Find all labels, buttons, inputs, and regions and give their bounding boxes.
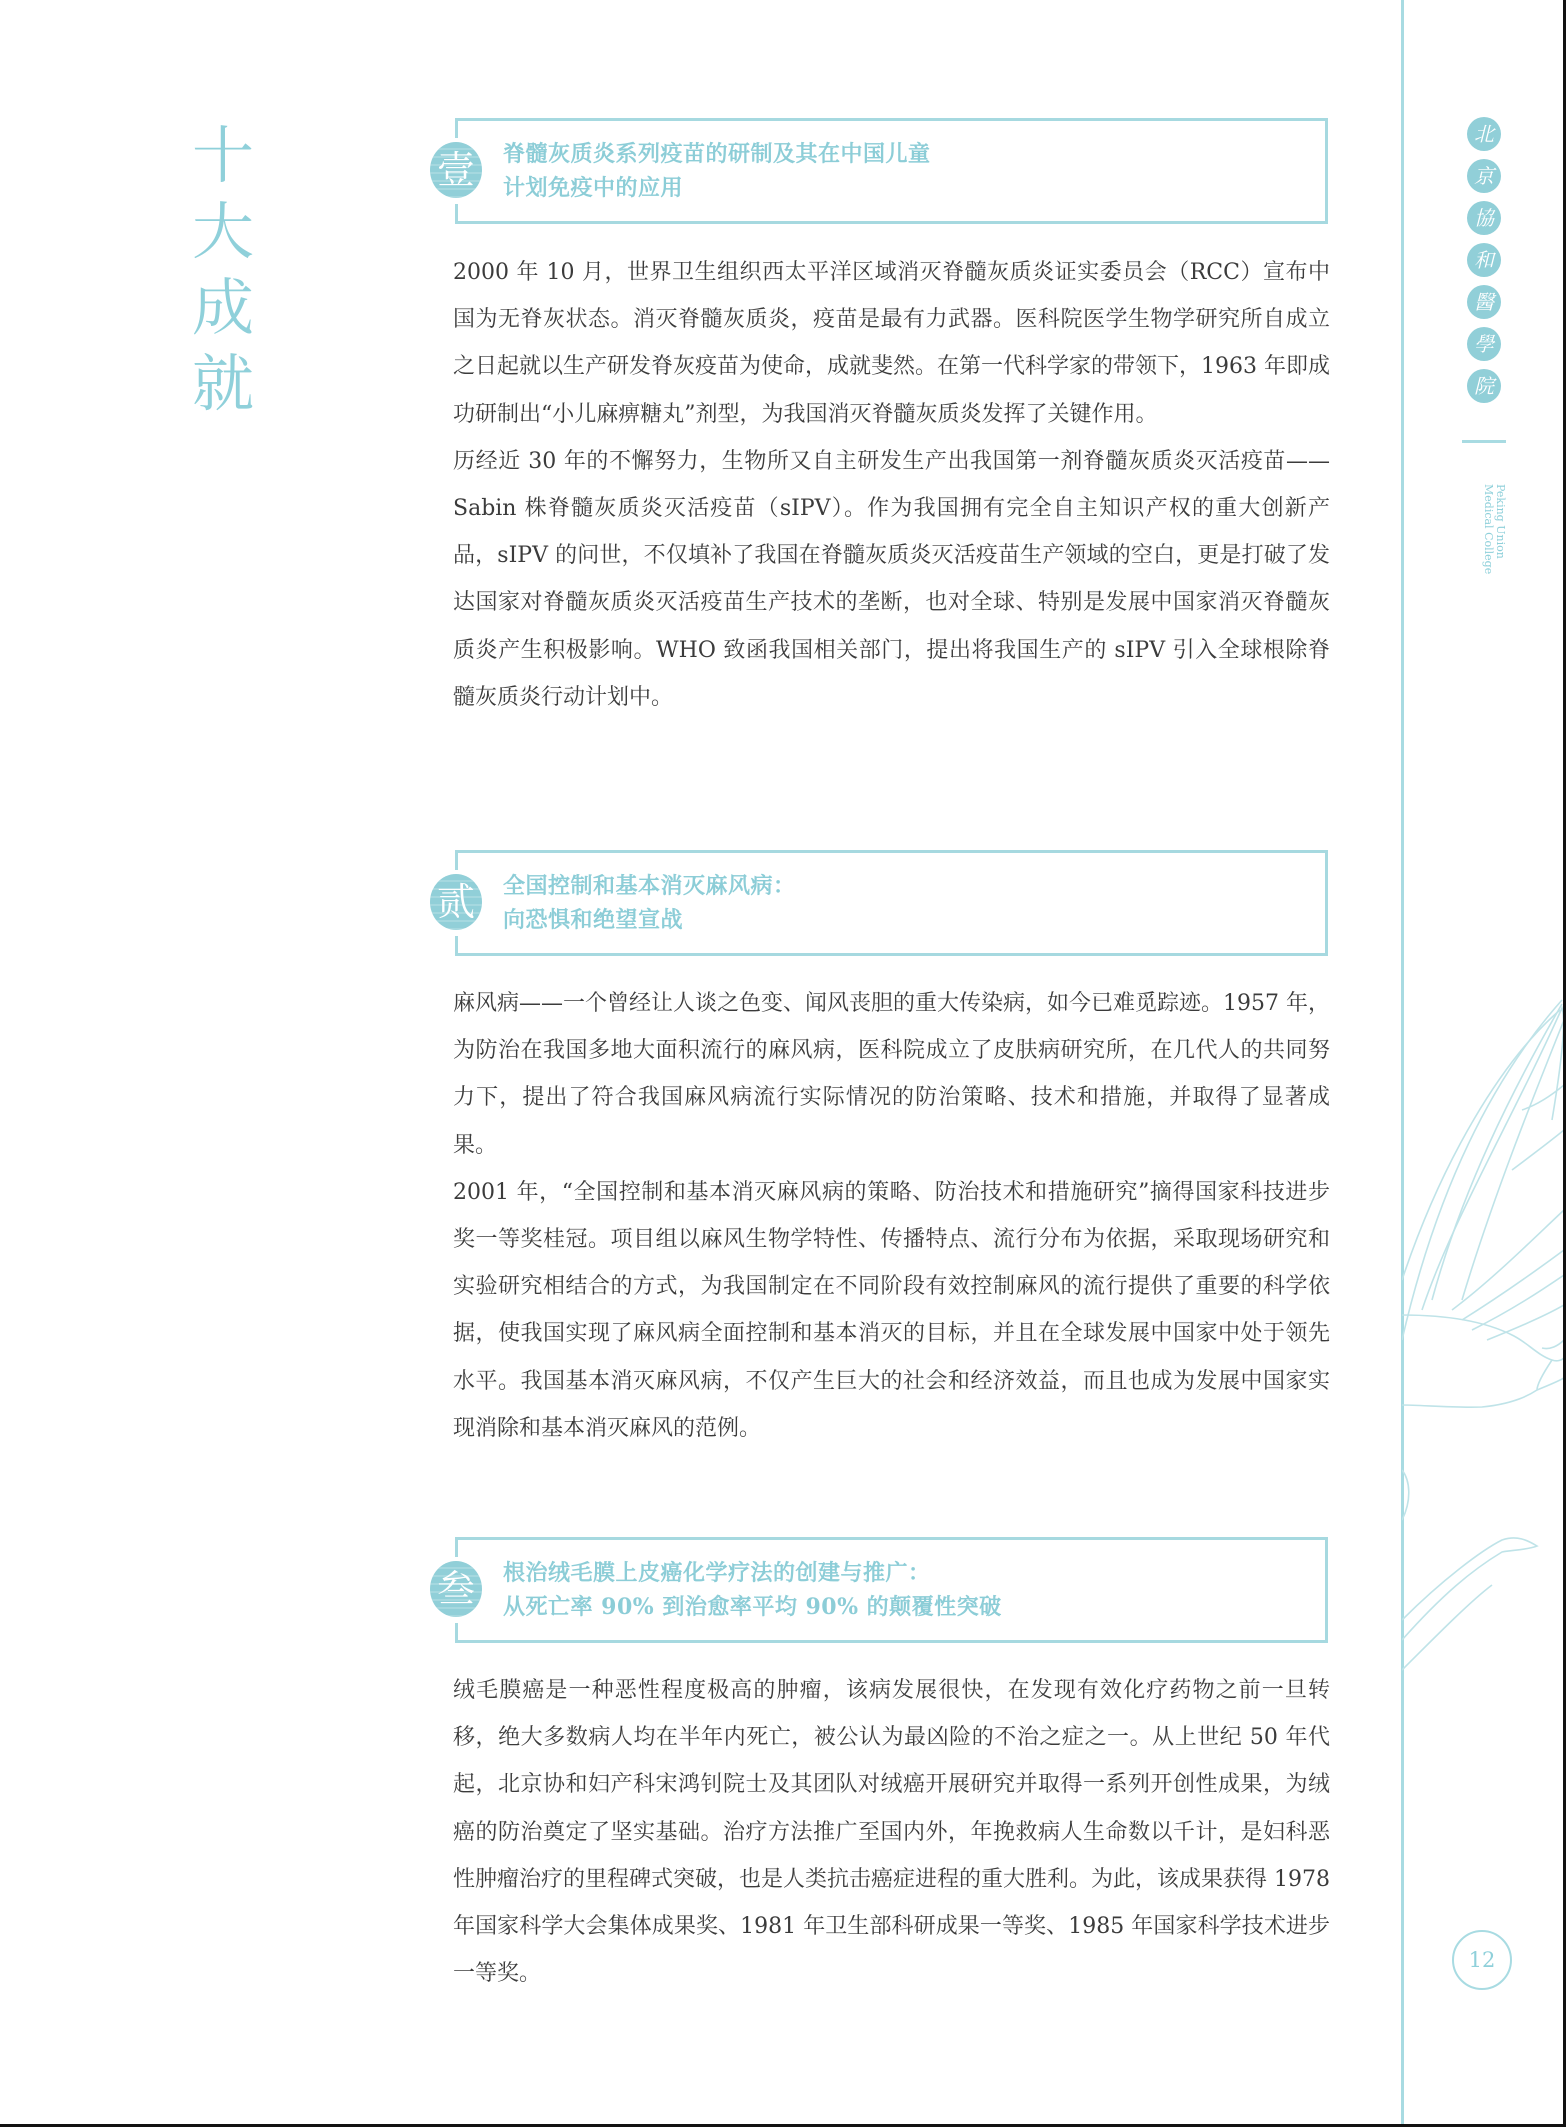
section-title: 脊髓灰质炎系列疫苗的研制及其在中国儿童 计划免疫中的应用 (503, 137, 931, 205)
section-title-line: 脊髓灰质炎系列疫苗的研制及其在中国儿童 (503, 137, 931, 171)
logo-seal-char: 協 (1467, 201, 1501, 235)
logo-seal-char: 北 (1467, 117, 1501, 151)
logo-seal-char: 和 (1467, 243, 1501, 277)
page-title-char: 成 (188, 270, 258, 346)
paragraph: 麻风病——一个曾经让人谈之色变、闻风丧胆的重大传染病，如今已难觅踪迹。1957 … (453, 980, 1330, 1169)
section-title-line: 计划免疫中的应用 (503, 171, 931, 205)
paragraph: 2001 年，“全国控制和基本消灭麻风病的策略、防治技术和措施研究”摘得国家科技… (453, 1169, 1330, 1452)
paragraph: 历经近 30 年的不懈努力，生物所又自主研发生产出我国第一剂脊髓灰质炎灭活疫苗—… (453, 438, 1330, 721)
section-title-line: 从死亡率 90% 到治愈率平均 90% 的颠覆性突破 (503, 1590, 1002, 1624)
logo-english-line: Peking Union (1494, 484, 1506, 594)
logo-seal-char: 學 (1467, 327, 1501, 361)
section-title-line: 向恐惧和绝望宣战 (503, 903, 796, 937)
section-body-1: 2000 年 10 月，世界卫生组织西太平洋区域消灭脊髓灰质炎证实委员会（RCC… (453, 249, 1330, 721)
page-title: 十 大 成 就 (188, 118, 258, 422)
section-header-2: 贰 全国控制和基本消灭麻风病： 向恐惧和绝望宣战 (455, 850, 1328, 956)
section-header-3: 叁 根治绒毛膜上皮癌化学疗法的创建与推广： 从死亡率 90% 到治愈率平均 90… (455, 1537, 1328, 1643)
section-title-line: 全国控制和基本消灭麻风病： (503, 869, 796, 903)
section-header-1: 壹 脊髓灰质炎系列疫苗的研制及其在中国儿童 计划免疫中的应用 (455, 118, 1328, 224)
section-title-line: 根治绒毛膜上皮癌化学疗法的创建与推广： (503, 1556, 1002, 1590)
logo-english-line: Medical College (1482, 484, 1494, 594)
logo-seal-char: 京 (1467, 159, 1501, 193)
section-body-3: 绒毛膜癌是一种恶性程度极高的肿瘤，该病发展很快，在发现有效化疗药物之前一旦转移，… (453, 1667, 1330, 1997)
institution-logo: 北 京 協 和 醫 學 院 (1467, 117, 1501, 411)
section-number-badge: 壹 (430, 142, 482, 198)
logo-seal-char: 院 (1467, 369, 1501, 403)
section-body-2: 麻风病——一个曾经让人谈之色变、闻风丧胆的重大传染病，如今已难觅踪迹。1957 … (453, 980, 1330, 1452)
page-title-char: 就 (188, 346, 258, 422)
logo-divider (1462, 440, 1506, 443)
section-title: 根治绒毛膜上皮癌化学疗法的创建与推广： 从死亡率 90% 到治愈率平均 90% … (503, 1556, 1002, 1624)
section-number-badge: 叁 (430, 1561, 482, 1617)
section-title: 全国控制和基本消灭麻风病： 向恐惧和绝望宣战 (503, 869, 796, 937)
paragraph: 2000 年 10 月，世界卫生组织西太平洋区域消灭脊髓灰质炎证实委员会（RCC… (453, 249, 1330, 438)
page-number: 12 (1452, 1930, 1512, 1990)
flower-outline-icon (1402, 980, 1564, 1680)
section-number-badge: 贰 (430, 874, 482, 930)
page-title-char: 大 (188, 194, 258, 270)
logo-seal-char: 醫 (1467, 285, 1501, 319)
paragraph: 绒毛膜癌是一种恶性程度极高的肿瘤，该病发展很快，在发现有效化疗药物之前一旦转移，… (453, 1667, 1330, 1997)
logo-english-name: Peking Union Medical College (1462, 484, 1506, 594)
page-title-char: 十 (188, 118, 258, 194)
